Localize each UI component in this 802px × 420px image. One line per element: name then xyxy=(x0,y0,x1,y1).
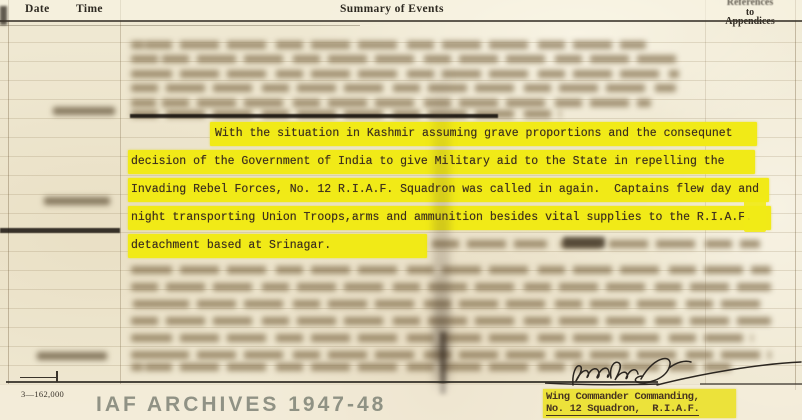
archive-watermark: IAF ARCHIVES 1947-48 xyxy=(96,393,386,417)
rule-tick-mark xyxy=(20,377,58,378)
redacted-text-line xyxy=(131,99,651,107)
redacted-date-stamp xyxy=(53,107,115,115)
redacted-text-line xyxy=(131,266,771,274)
table-border-right xyxy=(795,0,796,390)
redacted-text-line xyxy=(131,317,771,325)
column-header-references: References to Appendices xyxy=(700,0,800,27)
redacted-text-line xyxy=(131,55,686,63)
redacted-text-line xyxy=(131,41,646,49)
highlighter-smudge xyxy=(744,198,766,232)
scan-artifact-corner xyxy=(0,6,7,25)
column-header-summary: Summary of Events xyxy=(340,3,444,15)
redacted-date-stamp xyxy=(37,352,107,360)
diary-entry-line: detachment based at Srinagar. xyxy=(128,234,427,258)
table-border-left xyxy=(8,0,9,384)
column-header-time: Time xyxy=(76,3,103,15)
diary-entry-line: With the situation in Kashmir assuming g… xyxy=(210,122,757,146)
header-rule xyxy=(0,20,802,22)
print-code: 3—162,000 xyxy=(21,389,64,399)
war-diary-page: Date Time Summary of Events References t… xyxy=(0,0,802,420)
signatory-unit: No. 12 Squadron, R.I.A.F. xyxy=(546,404,699,416)
header-rule-faint xyxy=(0,25,360,26)
signatory-block: Wing Commander Commanding,No. 12 Squadro… xyxy=(543,389,736,418)
redacted-date-stamp xyxy=(44,197,110,205)
signatory-title: Wing Commander Commanding, xyxy=(546,391,699,403)
redacted-text-line xyxy=(131,283,771,291)
column-divider-time-summary xyxy=(120,0,121,384)
references-word: References xyxy=(700,0,800,8)
ink-smudge xyxy=(563,237,605,248)
redacted-text-line xyxy=(131,84,676,92)
redacted-text-line xyxy=(131,70,679,78)
column-header-date: Date xyxy=(25,3,50,15)
ink-rule-artifact xyxy=(0,228,120,233)
